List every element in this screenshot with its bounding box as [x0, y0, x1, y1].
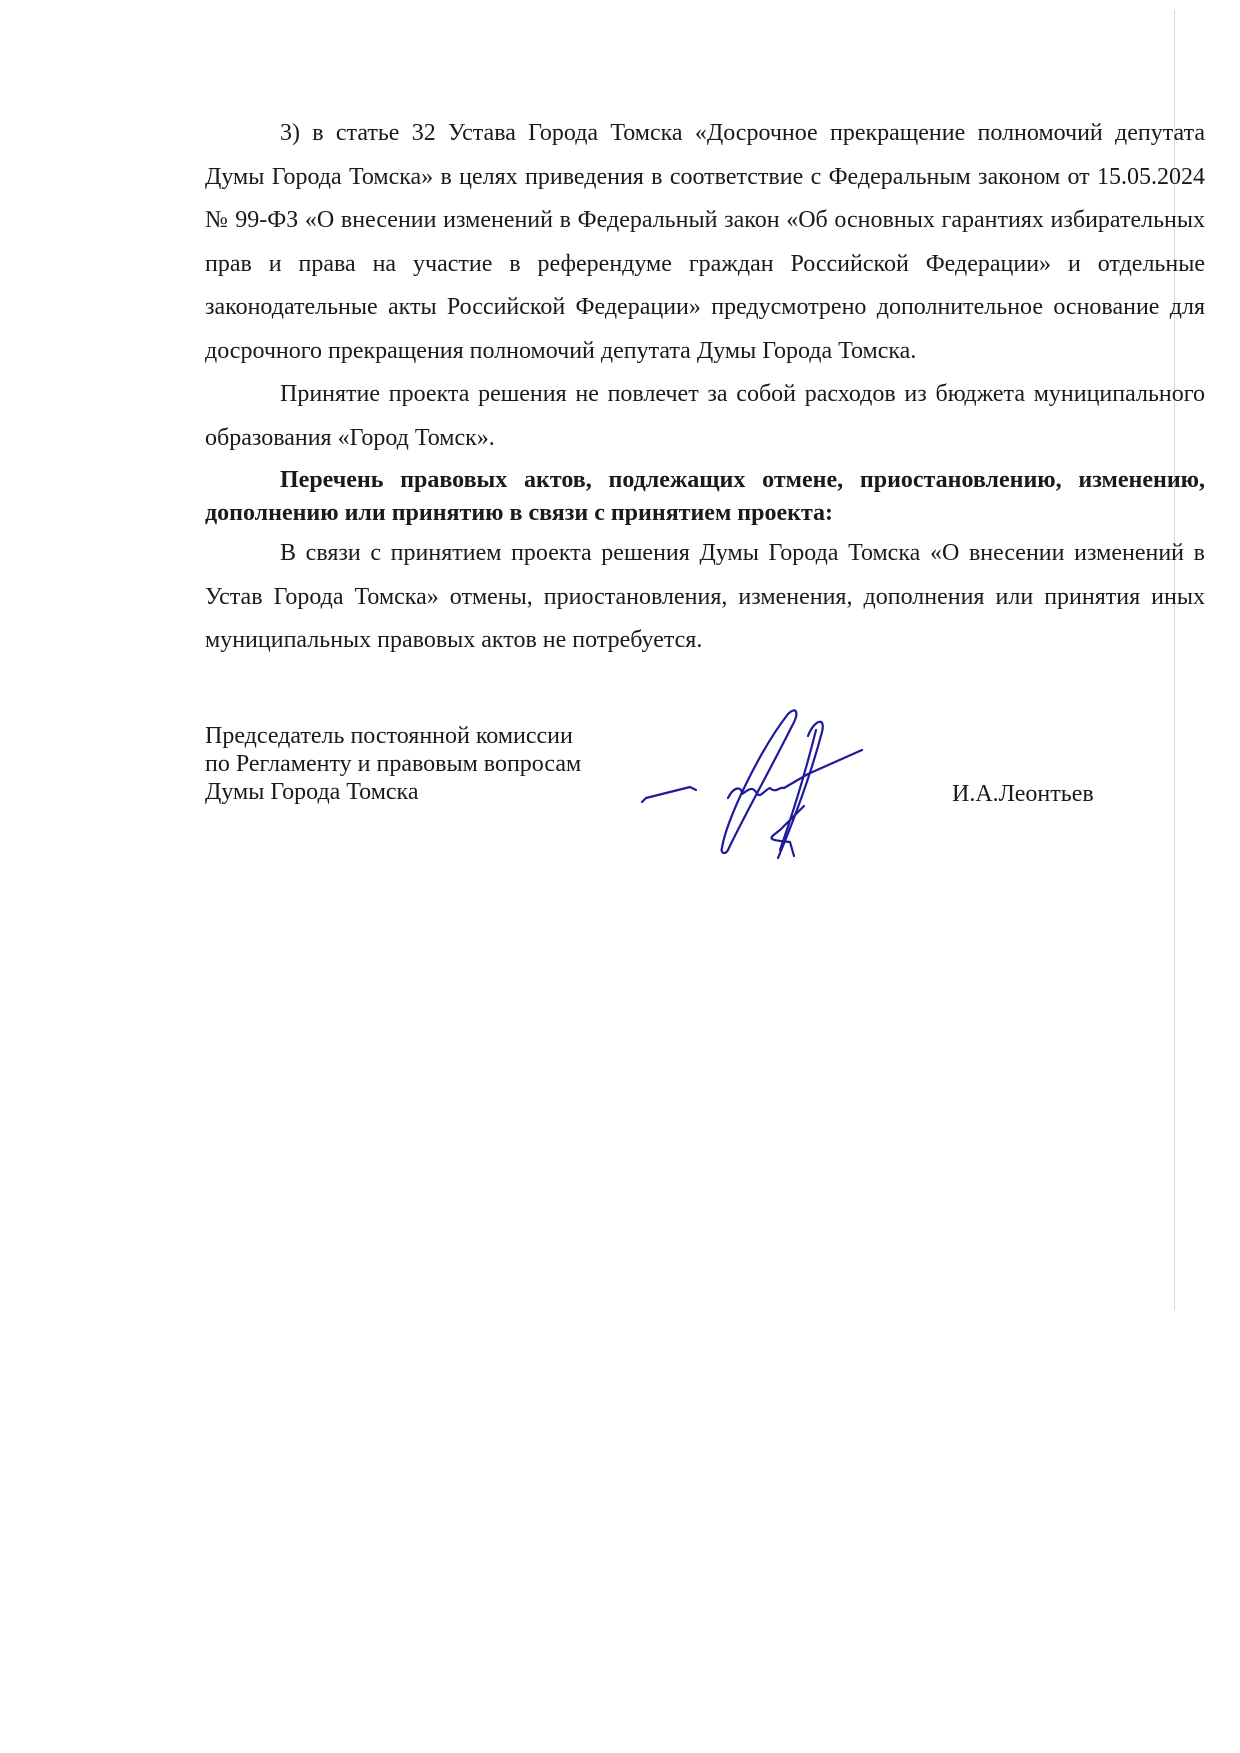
document-page: 3) в статье 32 Устава Города Томска «Дос… [0, 0, 1240, 1753]
signatory-position-line: Думы Города Томска [205, 778, 581, 806]
heading-legal-acts-list: Перечень правовых актов, подлежащих отме… [205, 464, 1205, 530]
paragraph-budget-impact: Принятие проекта решения не повлечет за … [205, 373, 1205, 460]
signatory-name: И.А.Леонтьев [952, 780, 1094, 808]
handwritten-signature-icon [630, 690, 880, 870]
signatory-position-line: Председатель постоянной комиссии [205, 722, 581, 750]
signatory-position: Председатель постоянной комиссии по Регл… [205, 722, 581, 806]
paragraph-no-acts-required: В связи с принятием проекта решения Думы… [205, 532, 1205, 663]
document-body: 3) в статье 32 Устава Города Томска «Дос… [205, 112, 1205, 663]
signatory-position-line: по Регламенту и правовым вопросам [205, 750, 581, 778]
paragraph-charter-article-32: 3) в статье 32 Устава Города Томска «Дос… [205, 112, 1205, 373]
